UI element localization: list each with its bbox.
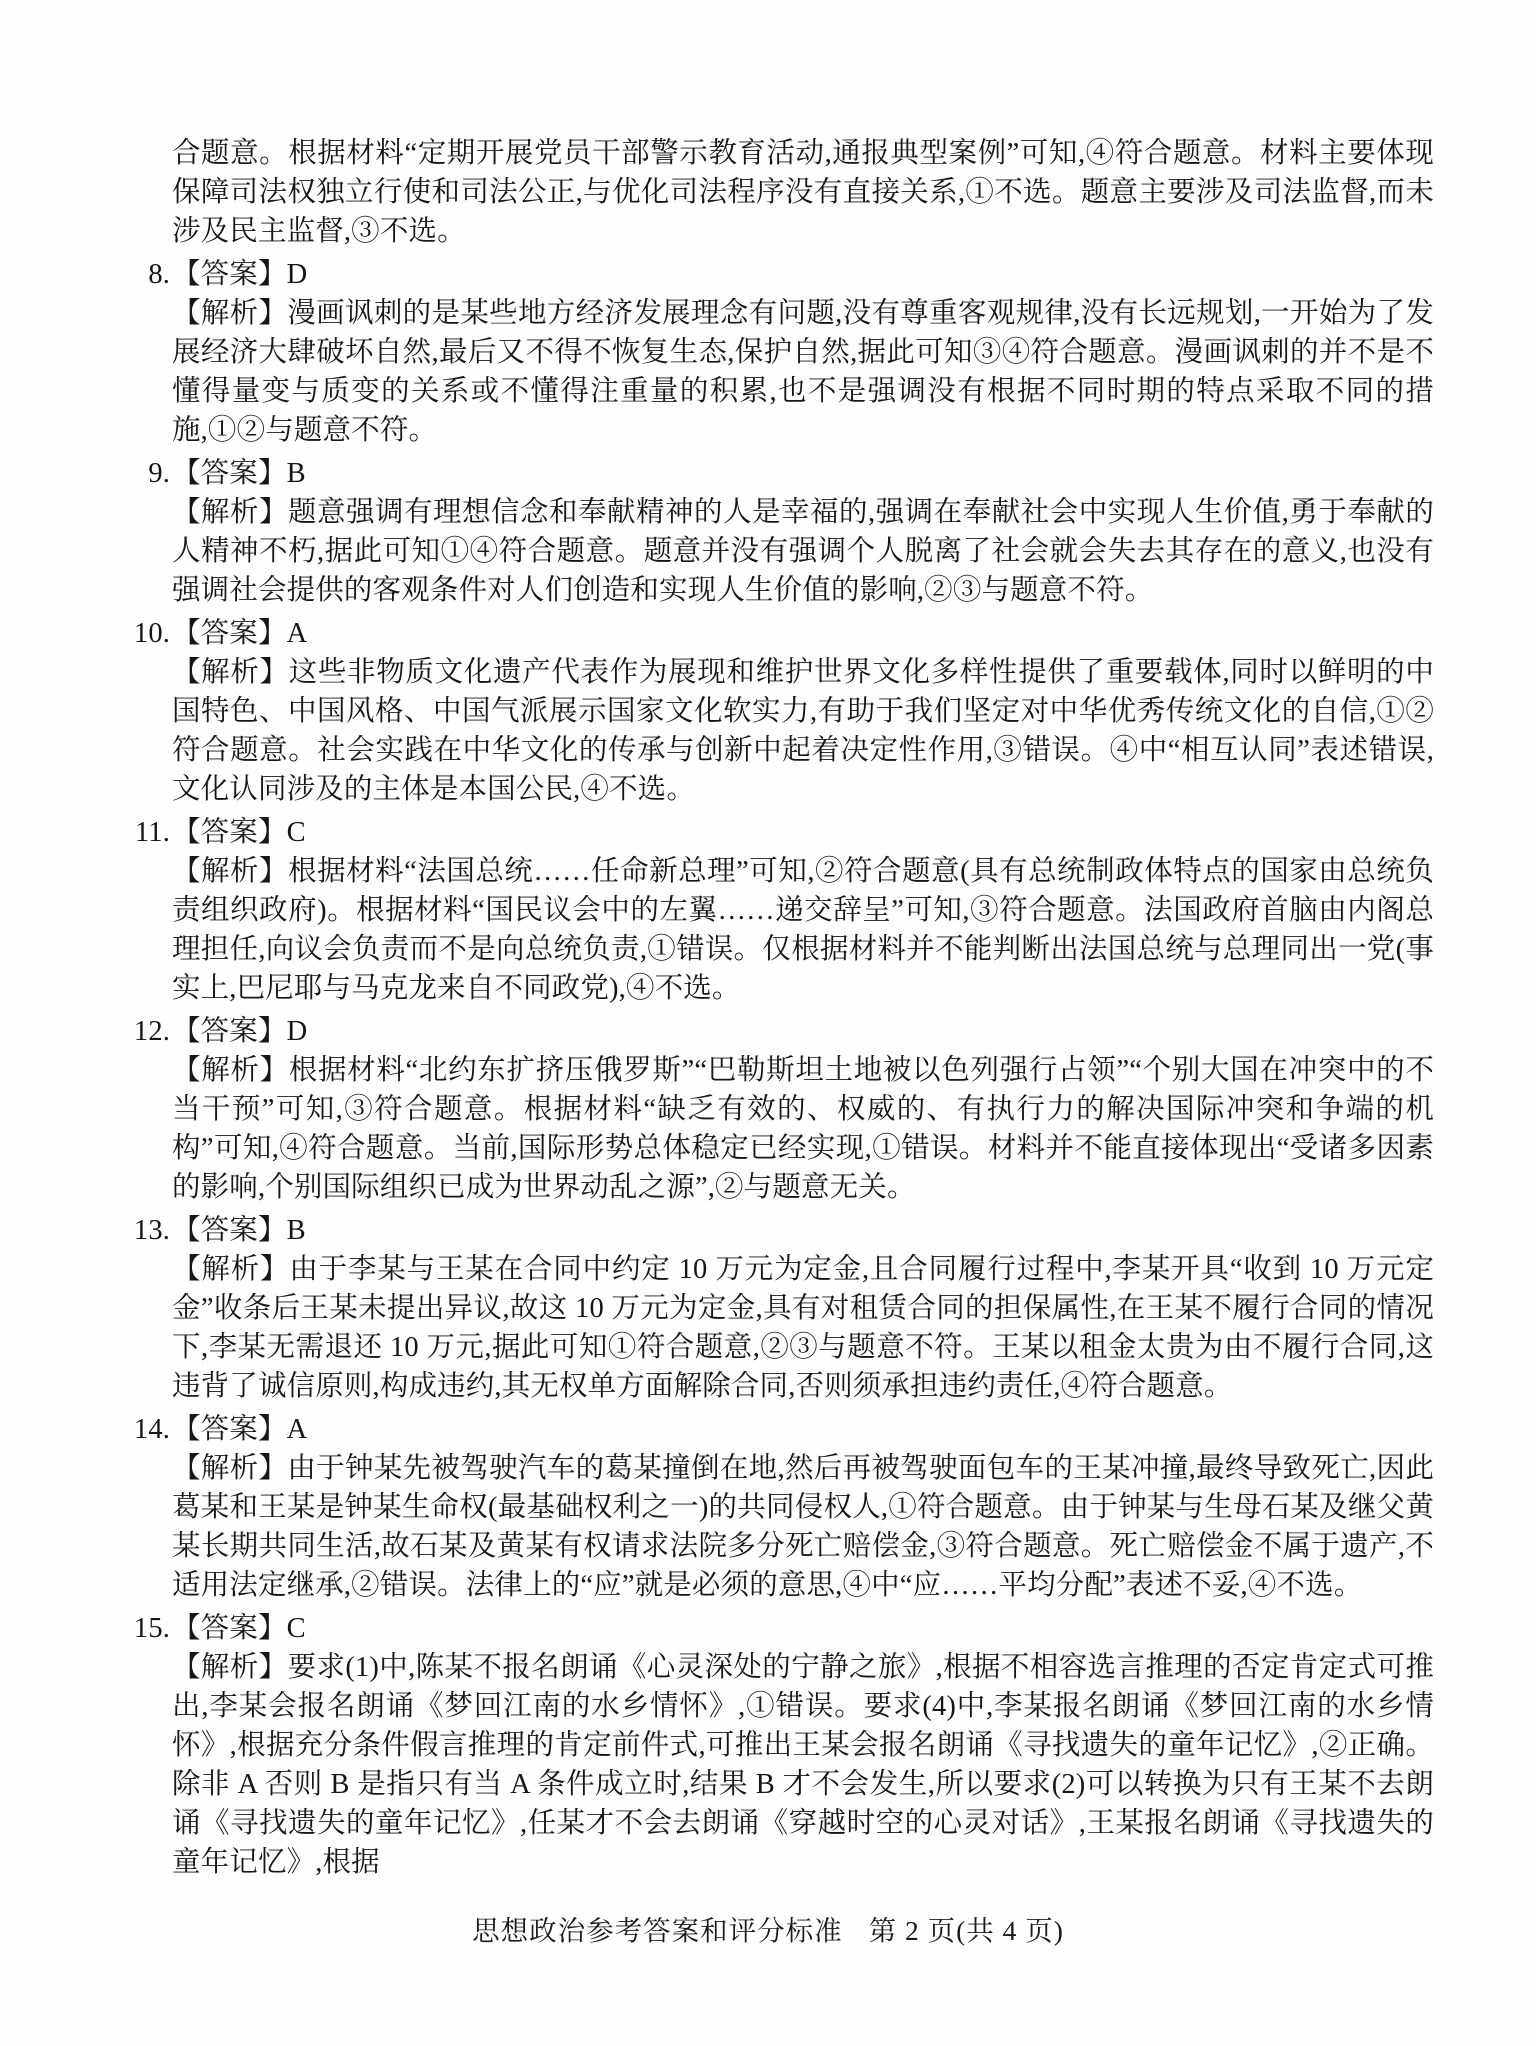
answer-label: 【答案】 — [172, 1414, 287, 1445]
question-number: 15. — [134, 1609, 172, 1648]
analysis-label: 【解析】 — [172, 657, 289, 688]
answer-item-12: 12.【答案】D 【解析】根据材料“北约东扩挤压俄罗斯”“巴勒斯坦土地被以色列强… — [172, 1012, 1434, 1207]
footer-page-indicator: 第 2 页(共 4 页) — [869, 1915, 1064, 1946]
analysis-label: 【解析】 — [172, 1453, 287, 1484]
question-number: 8. — [148, 255, 172, 294]
analysis-paragraph: 【解析】这些非物质文化遗产代表作为展现和维护世界文化多样性提供了重要载体,同时以… — [172, 653, 1434, 809]
analysis-paragraph: 【解析】根据材料“北约东扩挤压俄罗斯”“巴勒斯坦土地被以色列强行占领”“个别大国… — [172, 1051, 1434, 1207]
answer-value: B — [287, 458, 306, 489]
answer-label: 【答案】 — [172, 1215, 287, 1246]
analysis-paragraph: 【解析】根据材料“法国总统……任命新总理”可知,②符合题意(具有总统制政体特点的… — [172, 852, 1434, 1008]
question-number: 12. — [134, 1012, 172, 1051]
answer-label: 【答案】 — [172, 259, 287, 290]
question-number: 11. — [135, 813, 172, 852]
answers-content: 合题意。根据材料“定期开展党员干部警示教育活动,通报典型案例”可知,④符合题意。… — [172, 134, 1434, 1882]
analysis-text: 根据材料“法国总统……任命新总理”可知,②符合题意(具有总统制政体特点的国家由总… — [172, 856, 1434, 1004]
analysis-paragraph: 【解析】由于李某与王某在合同中约定 10 万元为定金,且合同履行过程中,李某开具… — [172, 1250, 1434, 1406]
answer-line: 12.【答案】D — [172, 1012, 1434, 1051]
answer-line: 14.【答案】A — [172, 1410, 1434, 1449]
answer-label: 【答案】 — [172, 618, 287, 649]
analysis-paragraph: 【解析】要求(1)中,陈某不报名朗诵《心灵深处的宁静之旅》,根据不相容选言推理的… — [172, 1648, 1434, 1882]
question-number: 10. — [134, 614, 172, 653]
analysis-label: 【解析】 — [172, 1055, 289, 1086]
analysis-text: 要求(1)中,陈某不报名朗诵《心灵深处的宁静之旅》,根据不相容选言推理的否定肯定… — [172, 1652, 1434, 1878]
analysis-label: 【解析】 — [172, 1254, 289, 1285]
answer-item-11: 11.【答案】C 【解析】根据材料“法国总统……任命新总理”可知,②符合题意(具… — [172, 813, 1434, 1008]
answer-value: D — [287, 1016, 308, 1047]
analysis-text: 这些非物质文化遗产代表作为展现和维护世界文化多样性提供了重要载体,同时以鲜明的中… — [172, 657, 1434, 805]
analysis-text: 由于钟某先被驾驶汽车的葛某撞倒在地,然后再被驾驶面包车的王某冲撞,最终导致死亡,… — [172, 1453, 1434, 1601]
analysis-text: 漫画讽刺的是某些地方经济发展理念有问题,没有尊重客观规律,没有长远规划,一开始为… — [172, 298, 1434, 446]
answer-label: 【答案】 — [172, 1613, 287, 1644]
answer-value: D — [287, 259, 308, 290]
answer-value: B — [287, 1215, 306, 1246]
analysis-paragraph: 【解析】题意强调有理想信念和奉献精神的人是幸福的,强调在奉献社会中实现人生价值,… — [172, 493, 1434, 610]
answer-value: A — [287, 1414, 308, 1445]
analysis-label: 【解析】 — [172, 298, 287, 329]
analysis-text: 根据材料“北约东扩挤压俄罗斯”“巴勒斯坦土地被以色列强行占领”“个别大国在冲突中… — [172, 1055, 1434, 1203]
answer-value: C — [287, 1613, 306, 1644]
analysis-paragraph: 【解析】由于钟某先被驾驶汽车的葛某撞倒在地,然后再被驾驶面包车的王某冲撞,最终导… — [172, 1449, 1434, 1605]
question-number: 9. — [148, 454, 172, 493]
analysis-text: 题意强调有理想信念和奉献精神的人是幸福的,强调在奉献社会中实现人生价值,勇于奉献… — [172, 497, 1434, 606]
answer-item-14: 14.【答案】A 【解析】由于钟某先被驾驶汽车的葛某撞倒在地,然后再被驾驶面包车… — [172, 1410, 1434, 1605]
answer-value: A — [287, 618, 308, 649]
analysis-label: 【解析】 — [172, 1652, 288, 1683]
answer-line: 8.【答案】D — [172, 255, 1434, 294]
answer-line: 10.【答案】A — [172, 614, 1434, 653]
answer-label: 【答案】 — [172, 458, 287, 489]
scanned-answer-page: 合题意。根据材料“定期开展党员干部警示教育活动,通报典型案例”可知,④符合题意。… — [0, 0, 1536, 2046]
intro-continuation-paragraph: 合题意。根据材料“定期开展党员干部警示教育活动,通报典型案例”可知,④符合题意。… — [172, 134, 1434, 251]
answer-line: 13.【答案】B — [172, 1211, 1434, 1250]
answer-item-10: 10.【答案】A 【解析】这些非物质文化遗产代表作为展现和维护世界文化多样性提供… — [172, 614, 1434, 809]
answer-item-8: 8.【答案】D 【解析】漫画讽刺的是某些地方经济发展理念有问题,没有尊重客观规律… — [172, 255, 1434, 450]
answer-label: 【答案】 — [172, 817, 287, 848]
answer-value: C — [287, 817, 306, 848]
answer-line: 9.【答案】B — [172, 454, 1434, 493]
answer-label: 【答案】 — [172, 1016, 287, 1047]
analysis-text: 由于李某与王某在合同中约定 10 万元为定金,且合同履行过程中,李某开具“收到 … — [172, 1254, 1434, 1402]
question-number: 13. — [134, 1211, 172, 1250]
footer-doc-title: 思想政治参考答案和评分标准 — [472, 1915, 843, 1946]
analysis-paragraph: 【解析】漫画讽刺的是某些地方经济发展理念有问题,没有尊重客观规律,没有长远规划,… — [172, 294, 1434, 450]
answer-item-15: 15.【答案】C 【解析】要求(1)中,陈某不报名朗诵《心灵深处的宁静之旅》,根… — [172, 1609, 1434, 1882]
answer-line: 11.【答案】C — [172, 813, 1434, 852]
page-footer: 思想政治参考答案和评分标准第 2 页(共 4 页) — [0, 1908, 1536, 1948]
answer-item-13: 13.【答案】B 【解析】由于李某与王某在合同中约定 10 万元为定金,且合同履… — [172, 1211, 1434, 1406]
question-number: 14. — [134, 1410, 172, 1449]
answer-line: 15.【答案】C — [172, 1609, 1434, 1648]
analysis-label: 【解析】 — [172, 497, 288, 528]
answer-item-9: 9.【答案】B 【解析】题意强调有理想信念和奉献精神的人是幸福的,强调在奉献社会… — [172, 454, 1434, 610]
analysis-label: 【解析】 — [172, 856, 288, 887]
